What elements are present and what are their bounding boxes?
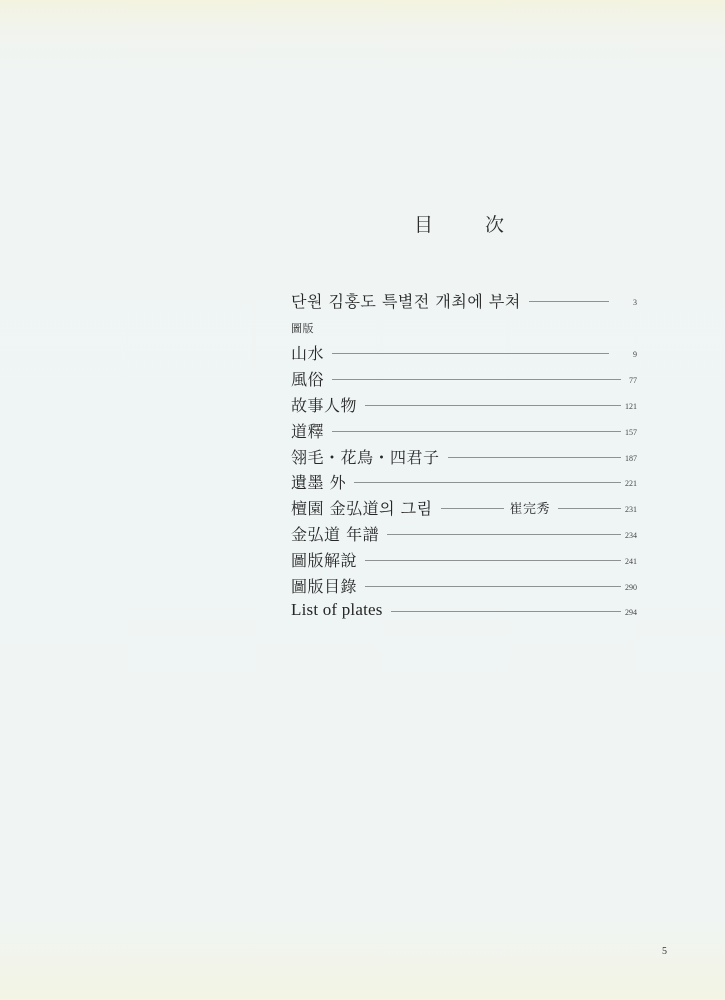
toc-entry-birds-flowers[interactable]: 翎毛・花鳥・四君子 187	[291, 445, 637, 467]
toc-entry-page: 77	[623, 376, 637, 385]
toc-entry-label: 遺墨 外	[291, 470, 346, 493]
leader-line	[558, 508, 621, 509]
toc-entry-taoist-buddhist[interactable]: 道釋 157	[291, 419, 637, 441]
toc-entry-page: 121	[623, 402, 637, 411]
toc-entry-list-of-plates[interactable]: List of plates 294	[291, 599, 637, 621]
toc-entry-essay[interactable]: 檀園 金弘道의 그림 崔完秀 231	[291, 496, 637, 518]
toc-entry-label: 翎毛・花鳥・四君子	[291, 445, 440, 468]
toc-entry-label: 道釋	[291, 419, 324, 442]
leader-line	[365, 586, 621, 587]
leader-line	[529, 301, 609, 302]
toc-entry-author: 崔完秀	[510, 498, 551, 517]
toc-entry-page: 234	[623, 531, 637, 540]
leader-line	[332, 379, 621, 380]
toc-entry-calligraphy[interactable]: 遺墨 外 221	[291, 470, 637, 492]
toc-entry-page: 187	[623, 454, 637, 463]
leader-line	[365, 405, 621, 406]
toc-entry-label: 圖版解說	[291, 548, 357, 571]
toc-entry-page: 241	[623, 557, 637, 566]
toc-entry-page: 294	[623, 608, 637, 617]
toc-entry-label: 故事人物	[291, 393, 357, 416]
page-title: 目 次	[414, 210, 504, 237]
leader-line	[332, 431, 621, 432]
leader-line	[365, 560, 621, 561]
toc-entry-label: 圖版目錄	[291, 574, 357, 597]
toc-entry-landscape[interactable]: 山水 9	[291, 341, 637, 363]
toc-entry-page: 221	[623, 479, 637, 488]
leader-line	[354, 482, 621, 483]
toc-entry-preface[interactable]: 단원 김홍도 특별전 개최에 부쳐 3	[291, 289, 637, 311]
leader-line	[441, 508, 504, 509]
toc-entry-page: 290	[623, 583, 637, 592]
leader-line	[387, 534, 621, 535]
page-title-char-1: 目	[414, 210, 433, 237]
toc-entry-plate-commentary[interactable]: 圖版解說 241	[291, 548, 637, 570]
leader-line	[332, 353, 609, 354]
toc-entry-label: 단원 김홍도 특별전 개최에 부쳐	[291, 289, 521, 312]
toc-entry-label: 山水	[291, 341, 324, 364]
toc-entry-page: 231	[623, 505, 637, 514]
toc-entry-label: 檀園 金弘道의 그림	[291, 496, 433, 519]
page-number: 5	[662, 946, 667, 957]
toc-entry-page: 3	[623, 298, 637, 307]
page-title-char-2: 次	[485, 210, 504, 237]
toc-entry-plate-list[interactable]: 圖版目錄 290	[291, 574, 637, 596]
toc-entry-page: 157	[623, 428, 637, 437]
toc-entry-genre[interactable]: 風俗 77	[291, 367, 637, 389]
toc-entry-label: List of plates	[291, 600, 383, 620]
toc-entry-label: 金弘道 年譜	[291, 522, 379, 545]
leader-line	[448, 457, 621, 458]
toc-entry-page: 9	[623, 350, 637, 359]
section-heading-plates: 圖版	[291, 320, 314, 336]
toc-entry-historical-figures[interactable]: 故事人物 121	[291, 393, 637, 415]
toc-entry-chronology[interactable]: 金弘道 年譜 234	[291, 522, 637, 544]
toc-entry-label: 風俗	[291, 367, 324, 390]
leader-line	[391, 611, 621, 612]
